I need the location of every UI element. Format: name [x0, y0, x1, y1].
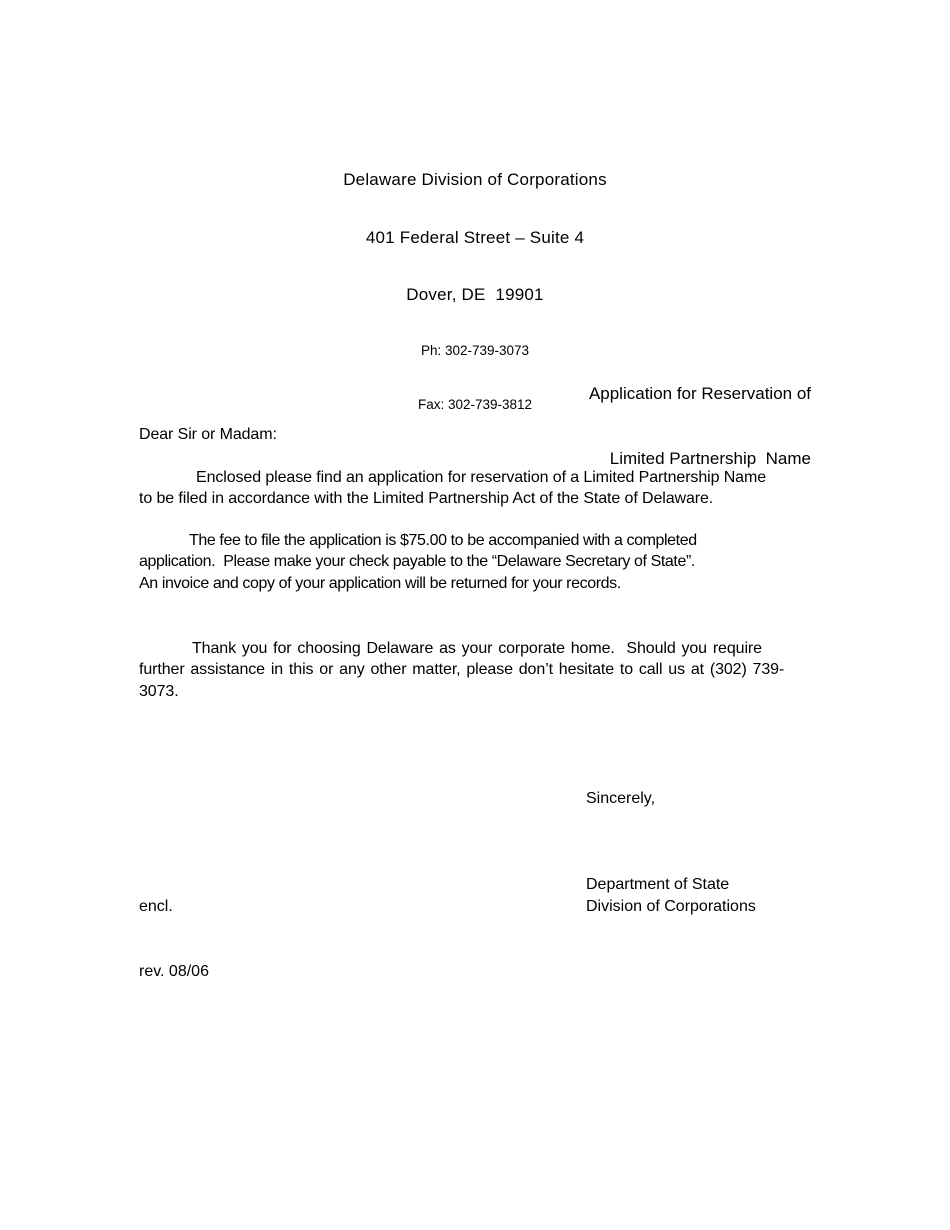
- enclosure-note: encl.: [139, 896, 209, 918]
- subject-line-1: Application for Reservation of: [589, 383, 811, 405]
- letterhead-city-state-zip: Dover, DE 19901: [0, 284, 950, 306]
- closing-signer: Department of State Division of Corporat…: [586, 874, 756, 917]
- letterhead-org-name: Delaware Division of Corporations: [0, 169, 950, 191]
- closing-sincerely: Sincerely,: [586, 788, 756, 810]
- paragraph-enclosed: Enclosed please find an application for …: [139, 467, 859, 510]
- letterhead-street: 401 Federal Street – Suite 4: [0, 227, 950, 249]
- salutation: Dear Sir or Madam:: [139, 424, 859, 446]
- revision-note: rev. 08/06: [139, 961, 209, 983]
- paragraph-fee: The fee to file the application is $75.0…: [139, 530, 859, 595]
- letter-page: Delaware Division of Corporations 401 Fe…: [0, 0, 950, 1230]
- footer-block: encl. rev. 08/06: [139, 852, 209, 1026]
- paragraph-thanks: Thank you for choosing Delaware as your …: [139, 638, 859, 703]
- signature-block: Sincerely, Department of State Division …: [586, 745, 756, 960]
- letter-body: Dear Sir or Madam: Enclosed please find …: [139, 424, 859, 702]
